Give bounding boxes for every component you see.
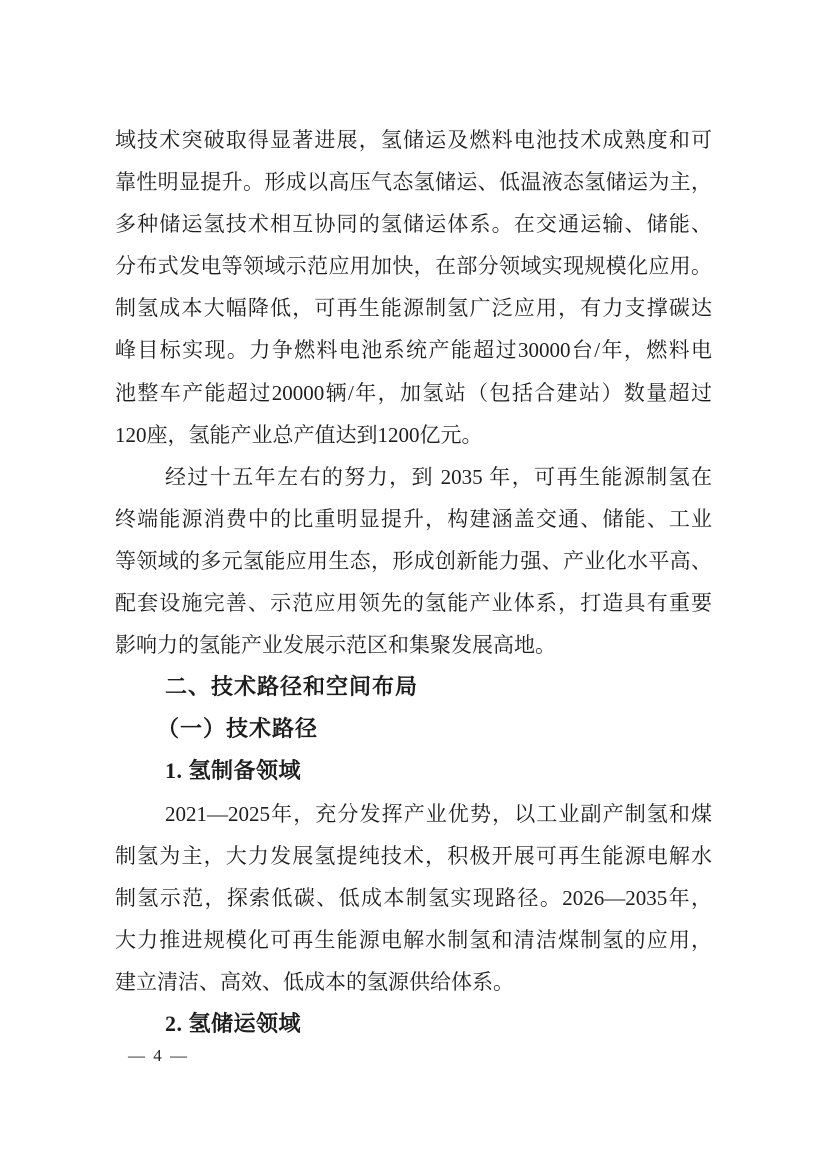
body-text-line: 靠性明显提升。形成以高压气态氢储运、低温液态氢储运为主， (115, 161, 712, 203)
body-text-line: 经过十五年左右的努力，到 2035 年，可再生能源制氢在 (115, 456, 712, 498)
section-heading: 二、技术路径和空间布局 (115, 666, 712, 708)
body-text-line: 配套设施完善、示范应用领先的氢能产业体系，打造具有重要 (115, 582, 712, 624)
body-text-line: 建立清洁、高效、低成本的氢源供给体系。 (115, 961, 712, 1003)
numbered-heading: 1. 氢制备领域 (115, 750, 712, 792)
body-text-line: 峰目标实现。力争燃料电池系统产能超过30000台/年，燃料电 (115, 329, 712, 371)
body-text-line: 多种储运氢技术相互协同的氢储运体系。在交通运输、储能、 (115, 203, 712, 245)
body-text-line: 制氢示范，探索低碳、低成本制氢实现路径。2026—2035年， (115, 877, 712, 919)
document-page: 域技术突破取得显著进展，氢储运及燃料电池技术成熟度和可靠性明显提升。形成以高压气… (0, 0, 826, 1169)
body-text-line: 等领域的多元氢能应用生态，形成创新能力强、产业化水平高、 (115, 540, 712, 582)
numbered-heading: 2. 氢储运领域 (115, 1003, 712, 1045)
body-text-line: 分布式发电等领域示范应用加快，在部分领域实现规模化应用。 (115, 245, 712, 287)
body-text-line: 制氢成本大幅降低，可再生能源制氢广泛应用，有力支撑碳达 (115, 287, 712, 329)
body-text-line: 制氢为主，大力发展氢提纯技术，积极开展可再生能源电解水 (115, 835, 712, 877)
page-number: — 4 — (128, 1046, 189, 1066)
body-text-line: 池整车产能超过20000辆/年，加氢站（包括合建站）数量超过 (115, 372, 712, 414)
body-text-line: 终端能源消费中的比重明显提升，构建涵盖交通、储能、工业 (115, 498, 712, 540)
subsection-heading: （一）技术路径 (115, 708, 712, 750)
body-text-line: 域技术突破取得显著进展，氢储运及燃料电池技术成熟度和可 (115, 119, 712, 161)
body-text-line: 2021—2025年，充分发挥产业优势，以工业副产制氢和煤 (115, 793, 712, 835)
body-text-line: 120座，氢能产业总产值达到1200亿元。 (115, 414, 712, 456)
document-body: 域技术突破取得显著进展，氢储运及燃料电池技术成熟度和可靠性明显提升。形成以高压气… (115, 119, 712, 1045)
body-text-line: 影响力的氢能产业发展示范区和集聚发展高地。 (115, 624, 712, 666)
body-text-line: 大力推进规模化可再生能源电解水制氢和清洁煤制氢的应用， (115, 919, 712, 961)
